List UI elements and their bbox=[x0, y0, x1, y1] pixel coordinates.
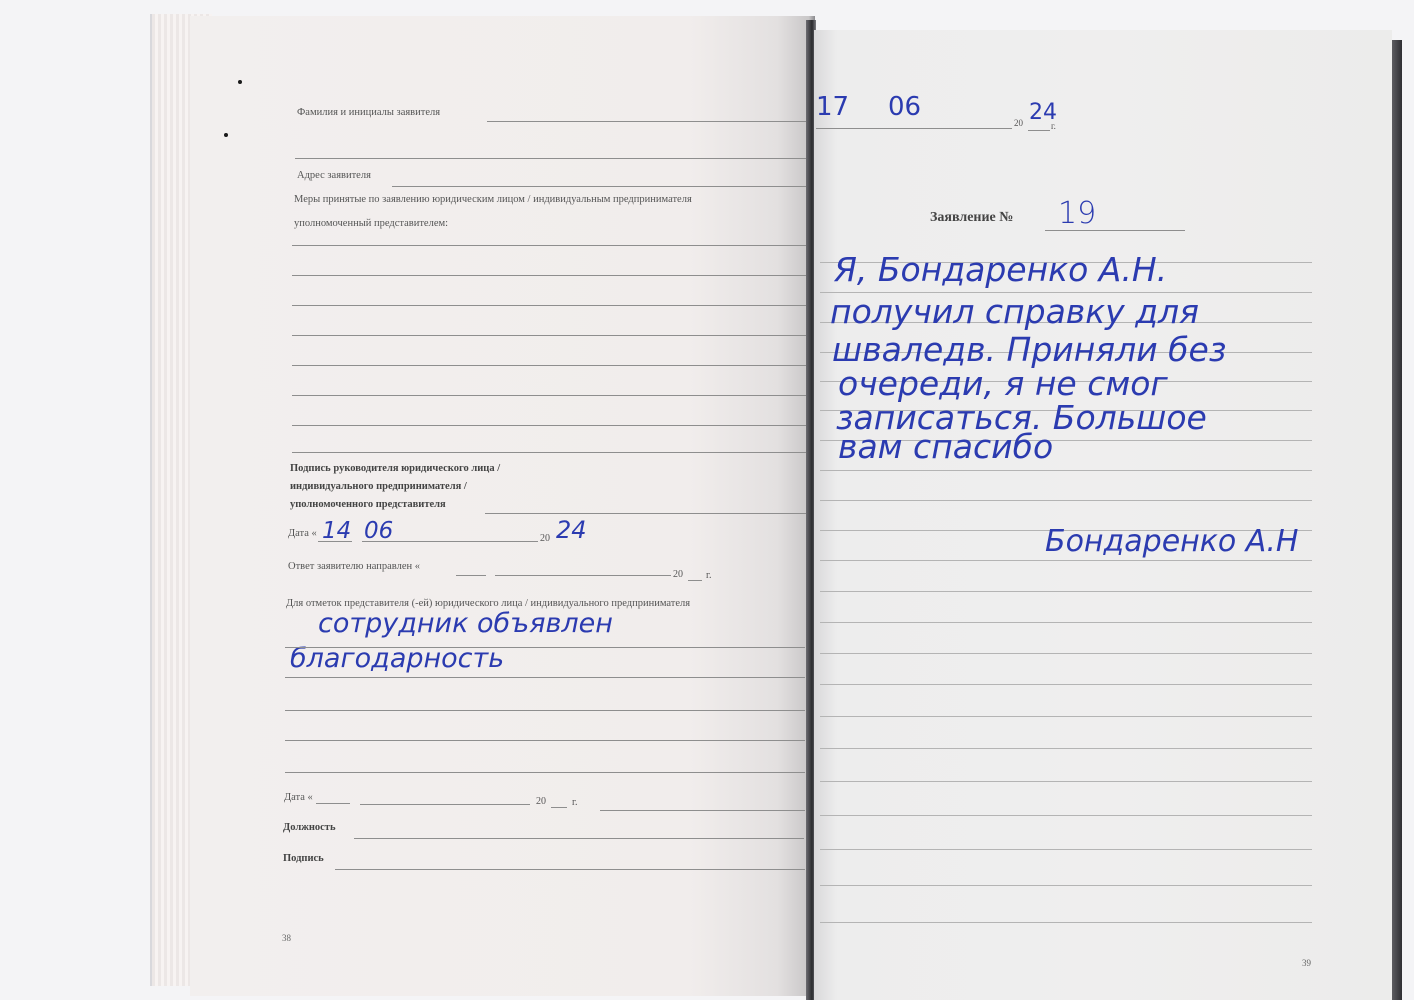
applicant-name-line-2[interactable] bbox=[295, 158, 807, 159]
measures-label-line2: уполномоченный представителем: bbox=[294, 218, 448, 229]
statement-body-line: получил справку для bbox=[830, 292, 1199, 331]
footer-year-line[interactable] bbox=[551, 807, 567, 808]
applicant-address-label: Адрес заявителя bbox=[297, 170, 371, 181]
statement-number-handwritten: 19 bbox=[1058, 196, 1096, 231]
ruled-line bbox=[285, 677, 805, 678]
right-page bbox=[814, 30, 1392, 1000]
ruled-line bbox=[292, 365, 807, 366]
footer-date-day-line[interactable] bbox=[316, 803, 350, 804]
footer-date-month-line[interactable] bbox=[360, 804, 530, 805]
statement-label: Заявление № bbox=[930, 210, 1013, 226]
date-month-handwritten: 06 bbox=[364, 518, 393, 544]
statement-body-line: вам спасибо bbox=[838, 427, 1053, 466]
ruled-line bbox=[292, 335, 807, 336]
footer-date-label: Дата « bbox=[284, 792, 313, 803]
ruled-line bbox=[820, 653, 1312, 654]
right-date-year-label: г. bbox=[1051, 121, 1056, 131]
ruled-line bbox=[285, 647, 805, 648]
position-label: Должность bbox=[283, 822, 336, 833]
reply-sent-label: Ответ заявителю направлен « bbox=[288, 561, 420, 572]
page-number-left: 38 bbox=[282, 933, 291, 943]
reply-year-suffix: г. bbox=[706, 570, 711, 581]
applicant-name-line[interactable] bbox=[487, 121, 807, 122]
date-day-handwritten: 14 bbox=[322, 518, 351, 544]
ruled-line bbox=[820, 922, 1312, 923]
footer-year-suffix: г. bbox=[572, 797, 577, 808]
ruled-line bbox=[820, 849, 1312, 850]
page-number-right: 39 bbox=[1302, 958, 1311, 968]
ruled-line bbox=[292, 395, 807, 396]
signature-head-line1: Подпись руководителя юридического лица / bbox=[290, 463, 500, 474]
ruled-line bbox=[820, 591, 1312, 592]
signature-head-line[interactable] bbox=[485, 513, 807, 514]
right-date-month-handwritten: 06 bbox=[888, 92, 921, 122]
ruled-line bbox=[820, 885, 1312, 886]
ruled-line bbox=[292, 305, 807, 306]
right-date-year-line[interactable] bbox=[1028, 130, 1050, 131]
ink-dot bbox=[238, 80, 242, 84]
reply-month-line[interactable] bbox=[495, 575, 671, 576]
reply-day-line[interactable] bbox=[456, 575, 486, 576]
left-page bbox=[190, 16, 815, 996]
ruled-line bbox=[820, 781, 1312, 782]
statement-body-line: Я, Бондаренко А.Н. bbox=[834, 250, 1167, 289]
ruled-line bbox=[292, 452, 807, 453]
measures-label-line1: Меры принятые по заявлению юридическим л… bbox=[294, 194, 692, 205]
notes-handwritten-line1: сотрудник объявлен bbox=[318, 608, 613, 639]
signature-head-line3: уполномоченного представителя bbox=[290, 499, 446, 510]
applicant-signature-handwritten: Бондаренко А.Н bbox=[1045, 524, 1298, 559]
date-label: Дата « bbox=[288, 528, 317, 539]
ruled-line bbox=[292, 275, 807, 276]
signature-head-line2: индивидуального предпринимателя / bbox=[290, 481, 467, 492]
footer-year-prefix: 20 bbox=[536, 796, 546, 807]
ruled-line bbox=[292, 425, 807, 426]
reply-year-prefix: 20 bbox=[673, 569, 683, 580]
ruled-line bbox=[820, 500, 1312, 501]
applicant-name-label: Фамилия и инициалы заявителя bbox=[297, 107, 440, 118]
right-date-line[interactable] bbox=[816, 128, 1012, 129]
ruled-line bbox=[292, 245, 807, 246]
ruled-line bbox=[285, 772, 805, 773]
ruled-line bbox=[820, 470, 1312, 471]
position-line[interactable] bbox=[354, 838, 804, 839]
ruled-line bbox=[285, 740, 805, 741]
date-year-prefix: 20 bbox=[540, 533, 550, 544]
date-year-handwritten: 24 bbox=[556, 516, 587, 544]
ruled-line bbox=[820, 560, 1312, 561]
right-date-year-prefix: 20 bbox=[1014, 118, 1023, 128]
right-date-day-handwritten: 17 bbox=[816, 92, 849, 122]
footer-date-extra-line[interactable] bbox=[600, 810, 805, 811]
applicant-address-line[interactable] bbox=[392, 186, 807, 187]
signature-label: Подпись bbox=[283, 853, 324, 864]
ink-dot bbox=[224, 133, 228, 137]
ruled-line bbox=[820, 815, 1312, 816]
right-page-edge bbox=[1392, 40, 1402, 1000]
ruled-line bbox=[285, 710, 805, 711]
signature-line[interactable] bbox=[335, 869, 805, 870]
ruled-line bbox=[820, 716, 1312, 717]
ruled-line bbox=[820, 684, 1312, 685]
reply-year-line[interactable] bbox=[688, 580, 702, 581]
ruled-line bbox=[820, 748, 1312, 749]
ruled-line bbox=[820, 622, 1312, 623]
